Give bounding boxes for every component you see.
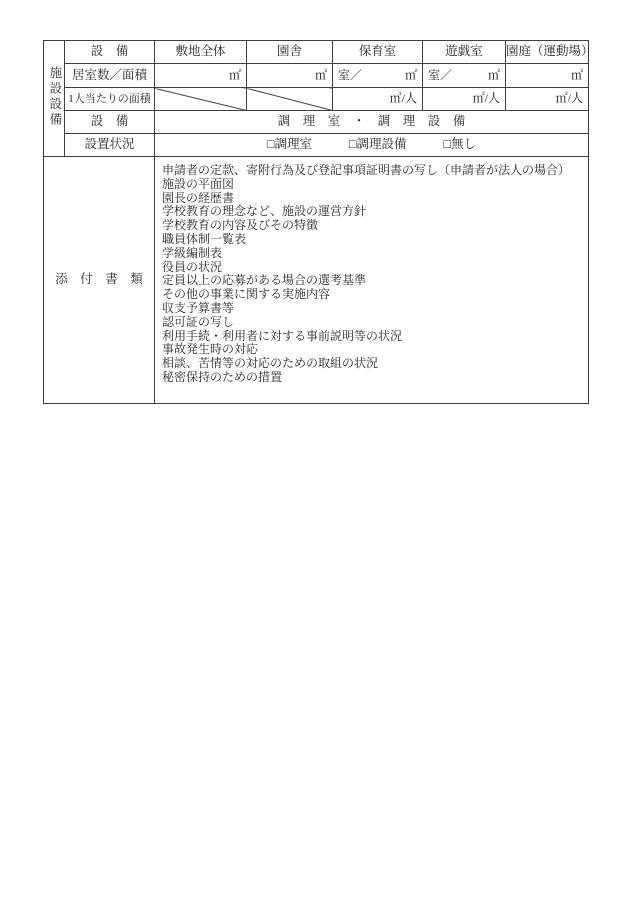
nursery-room-count-prefix: 室／ — [338, 69, 362, 82]
play-room-count-prefix: 室／ — [428, 69, 452, 82]
attachment-document-item: 申請者の定款、寄附行為及び登記事項証明書の写し（申請者が法人の場合） — [162, 164, 584, 178]
column-header-nursery-room: 保育室 — [333, 41, 423, 64]
kitchen-equipment-row-label: 設 備 — [65, 111, 155, 134]
checkbox-label-none: 無し — [451, 137, 476, 151]
facility-equipment-vertical-label: 施設設備 — [47, 66, 61, 128]
attachment-document-item: 施設の平面図 — [162, 178, 584, 192]
attachment-document-item: 相談、苦情等の対応のための取組の状況 — [162, 357, 584, 371]
installation-status-options-cell: □調理室 □調理設備 □無し — [155, 134, 589, 157]
nursery-area-per-person-cell: ㎡/人 — [333, 88, 423, 111]
attachment-document-item: 学級編制表 — [162, 247, 584, 261]
attachment-document-item: 認可証の写し — [162, 316, 584, 330]
checkbox-label-kitchen-equipment: 調理設備 — [357, 137, 407, 151]
attachment-document-item: その他の事業に関する実施内容 — [162, 288, 584, 302]
attachment-document-item: 収支予算書等 — [162, 302, 584, 316]
checkbox-icon: □ — [444, 137, 452, 151]
document-page: 施設設備 設 備 敷地全体 園舎 保育室 遊戯室 園庭（運動場） 居室数／面積 … — [0, 0, 630, 915]
kitchen-equipment-value: 調 理 室 ・ 調 理 設 備 — [155, 111, 589, 134]
diagonal-strikethrough-cell-site — [155, 88, 247, 111]
column-header-play-room: 遊戯室 — [423, 41, 506, 64]
checkbox-icon: □ — [349, 137, 357, 151]
building-area-cell: ㎡ — [247, 64, 333, 88]
play-room-count-area-cell: 室／ ㎡ — [423, 64, 506, 88]
checkbox-option-none: □無し — [444, 138, 477, 152]
facility-form-table: 施設設備 設 備 敷地全体 園舎 保育室 遊戯室 園庭（運動場） 居室数／面積 … — [43, 40, 589, 404]
column-header-yard: 園庭（運動場） — [506, 41, 589, 64]
attachments-section-label: 添 付 書 類 — [44, 157, 155, 404]
play-area-per-person-cell: ㎡/人 — [423, 88, 506, 111]
yard-area-cell: ㎡ — [506, 64, 589, 88]
site-total-area-cell: ㎡ — [155, 64, 247, 88]
nursery-room-count-area-cell: 室／ ㎡ — [333, 64, 423, 88]
checkbox-label-kitchen-room: 調理室 — [274, 137, 312, 151]
installation-status-row-label: 設置状況 — [65, 134, 155, 157]
nursery-room-area-unit: ㎡ — [405, 69, 417, 82]
column-header-building: 園舎 — [247, 41, 333, 64]
equipment-row-label: 設 備 — [65, 41, 155, 64]
rooms-area-row-label: 居室数／面積 — [65, 64, 155, 88]
yard-area-per-person-cell: ㎡/人 — [506, 88, 589, 111]
attachment-document-item: 職員体制一覧表 — [162, 233, 584, 247]
play-room-area-unit: ㎡ — [488, 69, 500, 82]
attachment-document-item: 秘密保持のための措置 — [162, 371, 584, 385]
attachment-document-item: 学校教育の内容及びその特徴 — [162, 219, 584, 233]
checkbox-option-kitchen-equipment: □調理設備 — [349, 138, 407, 152]
area-per-person-row-label: 1人当たりの面積 — [65, 88, 155, 111]
diagonal-strikethrough-cell-building — [247, 88, 333, 111]
attachments-document-list: 申請者の定款、寄附行為及び登記事項証明書の写し（申請者が法人の場合）施設の平面図… — [155, 157, 589, 404]
column-header-site-total: 敷地全体 — [155, 41, 247, 64]
checkbox-option-kitchen-room: □調理室 — [267, 138, 312, 152]
section-label-facility-equipment: 施設設備 — [44, 41, 65, 157]
